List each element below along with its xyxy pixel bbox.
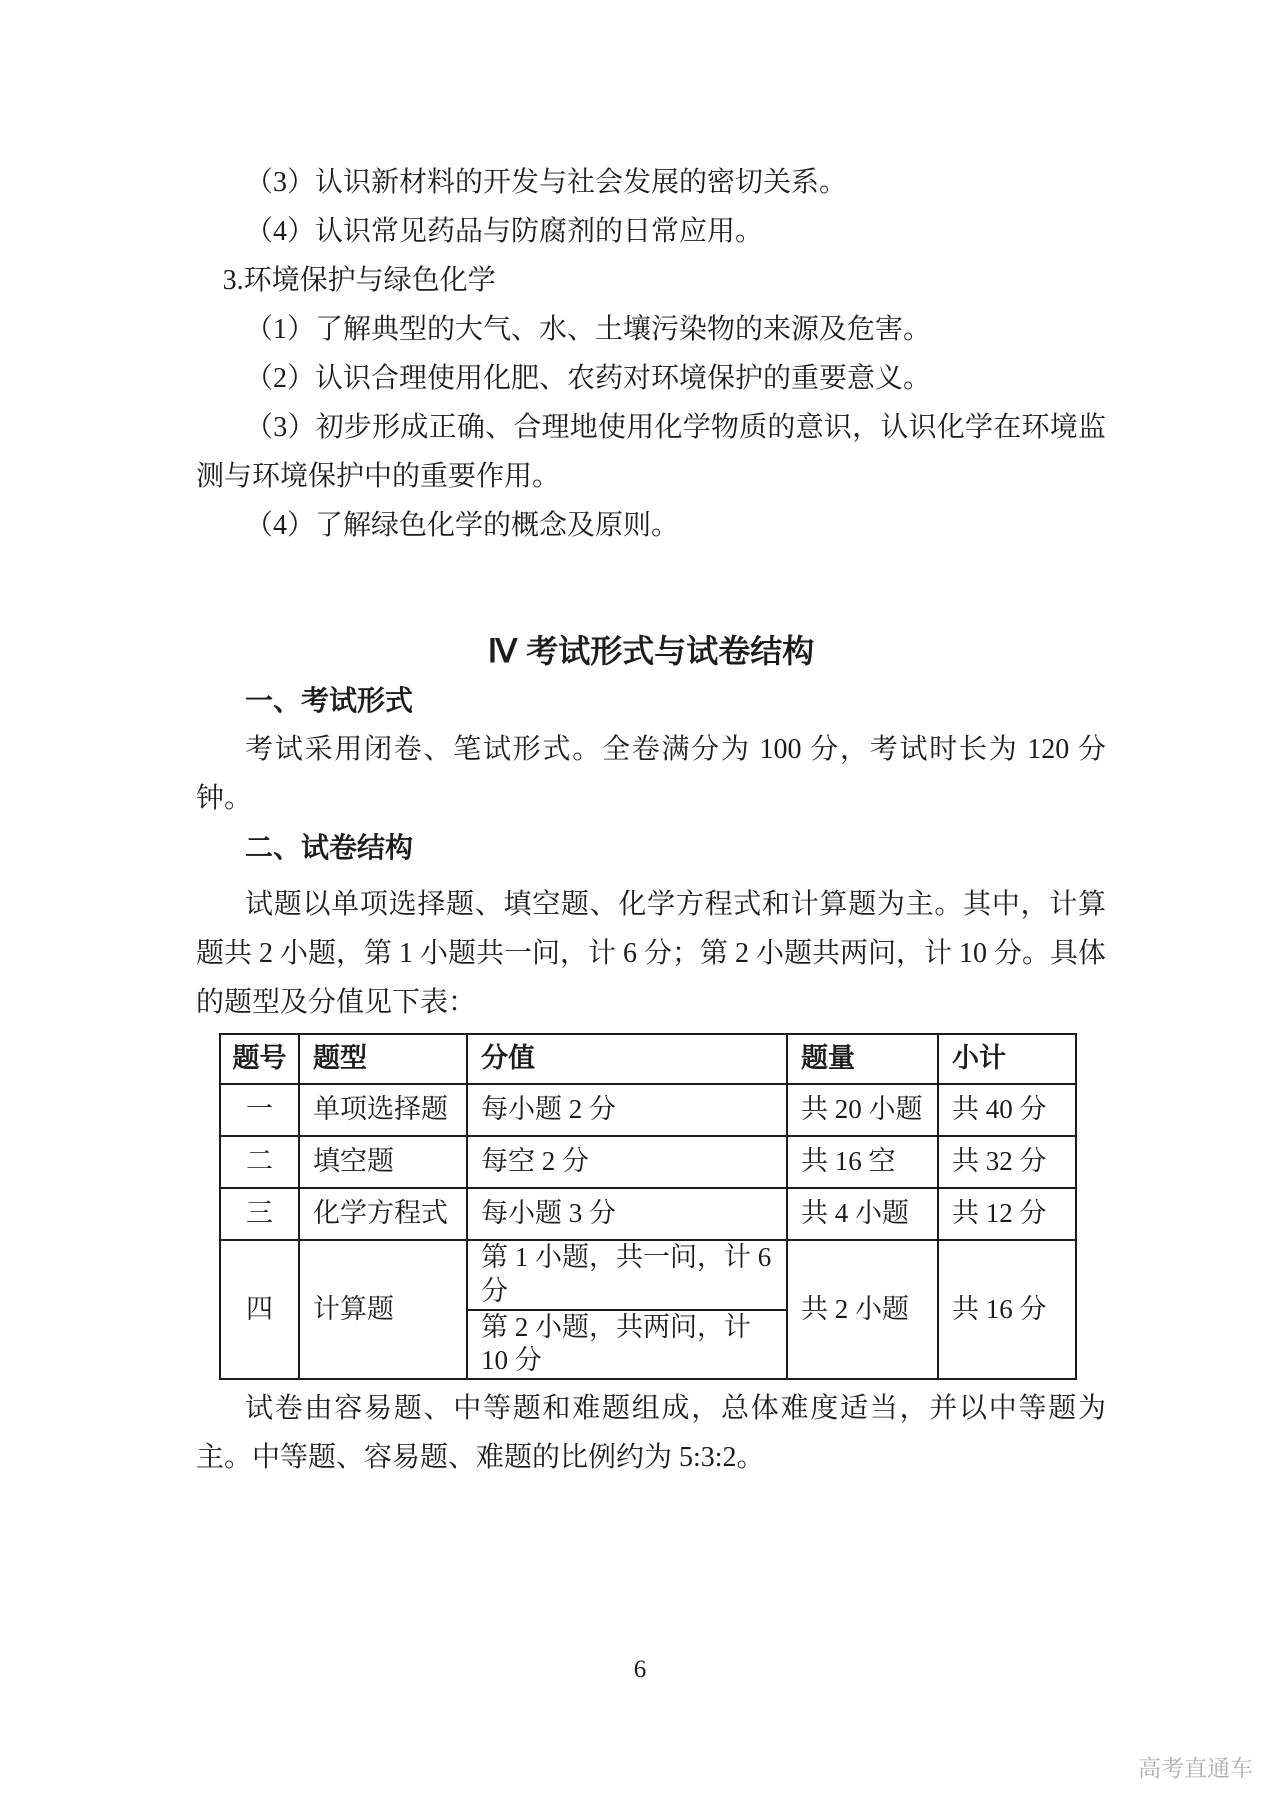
table-row: 二 填空题 每空 2 分 共 16 空 共 32 分 [220,1136,1076,1188]
cell-score-value-part1: 第 1 小题，共一问，计 6 分 [467,1240,787,1310]
difficulty-ratio-paragraph: 试卷由容易题、中等题和难题组成，总体难度适当，并以中等题为主。中等题、容易题、难… [196,1384,1106,1482]
objective-item: （3）初步形成正确、合理地使用化学物质的意识，认识化学在环境监测与环境保护中的重… [196,403,1106,501]
cell-question-number: 二 [220,1136,299,1188]
objective-item: （3）认识新材料的开发与社会发展的密切关系。 [196,158,1106,207]
paper-structure-paragraph: 试题以单项选择题、填空题、化学方程式和计算题为主。其中，计算题共 2 小题，第 … [196,880,1106,1027]
cell-question-count: 共 16 空 [787,1136,938,1188]
subsection-title-exam-format: 一、考试形式 [196,676,1106,725]
cell-score-value: 每小题 2 分 [467,1084,787,1136]
table-row: 一 单项选择题 每小题 2 分 共 20 小题 共 40 分 [220,1084,1076,1136]
section-heading: Ⅳ 考试形式与试卷结构 [196,626,1106,676]
cell-question-count: 共 20 小题 [787,1084,938,1136]
table-header-row: 题号 题型 分值 题量 小计 [220,1034,1076,1084]
cell-question-type: 填空题 [299,1136,467,1188]
cell-question-type: 单项选择题 [299,1084,467,1136]
subsection-number-title: 3.环境保护与绿色化学 [196,256,1106,305]
col-header-subtotal: 小计 [938,1034,1076,1084]
subsection-title-paper-structure: 二、试卷结构 [196,823,1106,872]
cell-question-count: 共 2 小题 [787,1240,938,1379]
cell-score-value: 每小题 3 分 [467,1188,787,1240]
cell-subtotal: 共 32 分 [938,1136,1076,1188]
objective-item: （1）了解典型的大气、水、土壤污染物的来源及危害。 [196,305,1106,354]
cell-subtotal: 共 40 分 [938,1084,1076,1136]
cell-question-number: 四 [220,1240,299,1379]
table-row: 四 计算题 第 1 小题，共一问，计 6 分 共 2 小题 共 16 分 [220,1240,1076,1310]
col-header-score-value: 分值 [467,1034,787,1084]
col-header-question-number: 题号 [220,1034,299,1084]
page-number: 6 [0,1656,1280,1684]
col-header-question-type: 题型 [299,1034,467,1084]
cell-question-number: 三 [220,1188,299,1240]
cell-question-count: 共 4 小题 [787,1188,938,1240]
cell-score-value: 每空 2 分 [467,1136,787,1188]
objective-item: （2）认识合理使用化肥、农药对环境保护的重要意义。 [196,354,1106,403]
exam-format-paragraph: 考试采用闭卷、笔试形式。全卷满分为 100 分，考试时长为 120 分钟。 [196,725,1106,823]
cell-subtotal: 共 12 分 [938,1188,1076,1240]
objective-item: （4）了解绿色化学的概念及原则。 [196,501,1106,550]
cell-question-type: 化学方程式 [299,1188,467,1240]
document-content: （3）认识新材料的开发与社会发展的密切关系。 （4）认识常见药品与防腐剂的日常应… [196,158,1106,1482]
score-distribution-table: 题号 题型 分值 题量 小计 一 单项选择题 每小题 2 分 共 20 小题 共… [219,1033,1077,1380]
cell-subtotal: 共 16 分 [938,1240,1076,1379]
watermark: 高考直通车 [1138,1754,1253,1782]
cell-question-number: 一 [220,1084,299,1136]
objective-item: （4）认识常见药品与防腐剂的日常应用。 [196,207,1106,256]
cell-question-type: 计算题 [299,1240,467,1379]
table-row: 三 化学方程式 每小题 3 分 共 4 小题 共 12 分 [220,1188,1076,1240]
cell-score-value-part2: 第 2 小题，共两问，计 10 分 [467,1310,787,1380]
document-page: （3）认识新材料的开发与社会发展的密切关系。 （4）认识常见药品与防腐剂的日常应… [0,0,1280,1810]
col-header-question-count: 题量 [787,1034,938,1084]
